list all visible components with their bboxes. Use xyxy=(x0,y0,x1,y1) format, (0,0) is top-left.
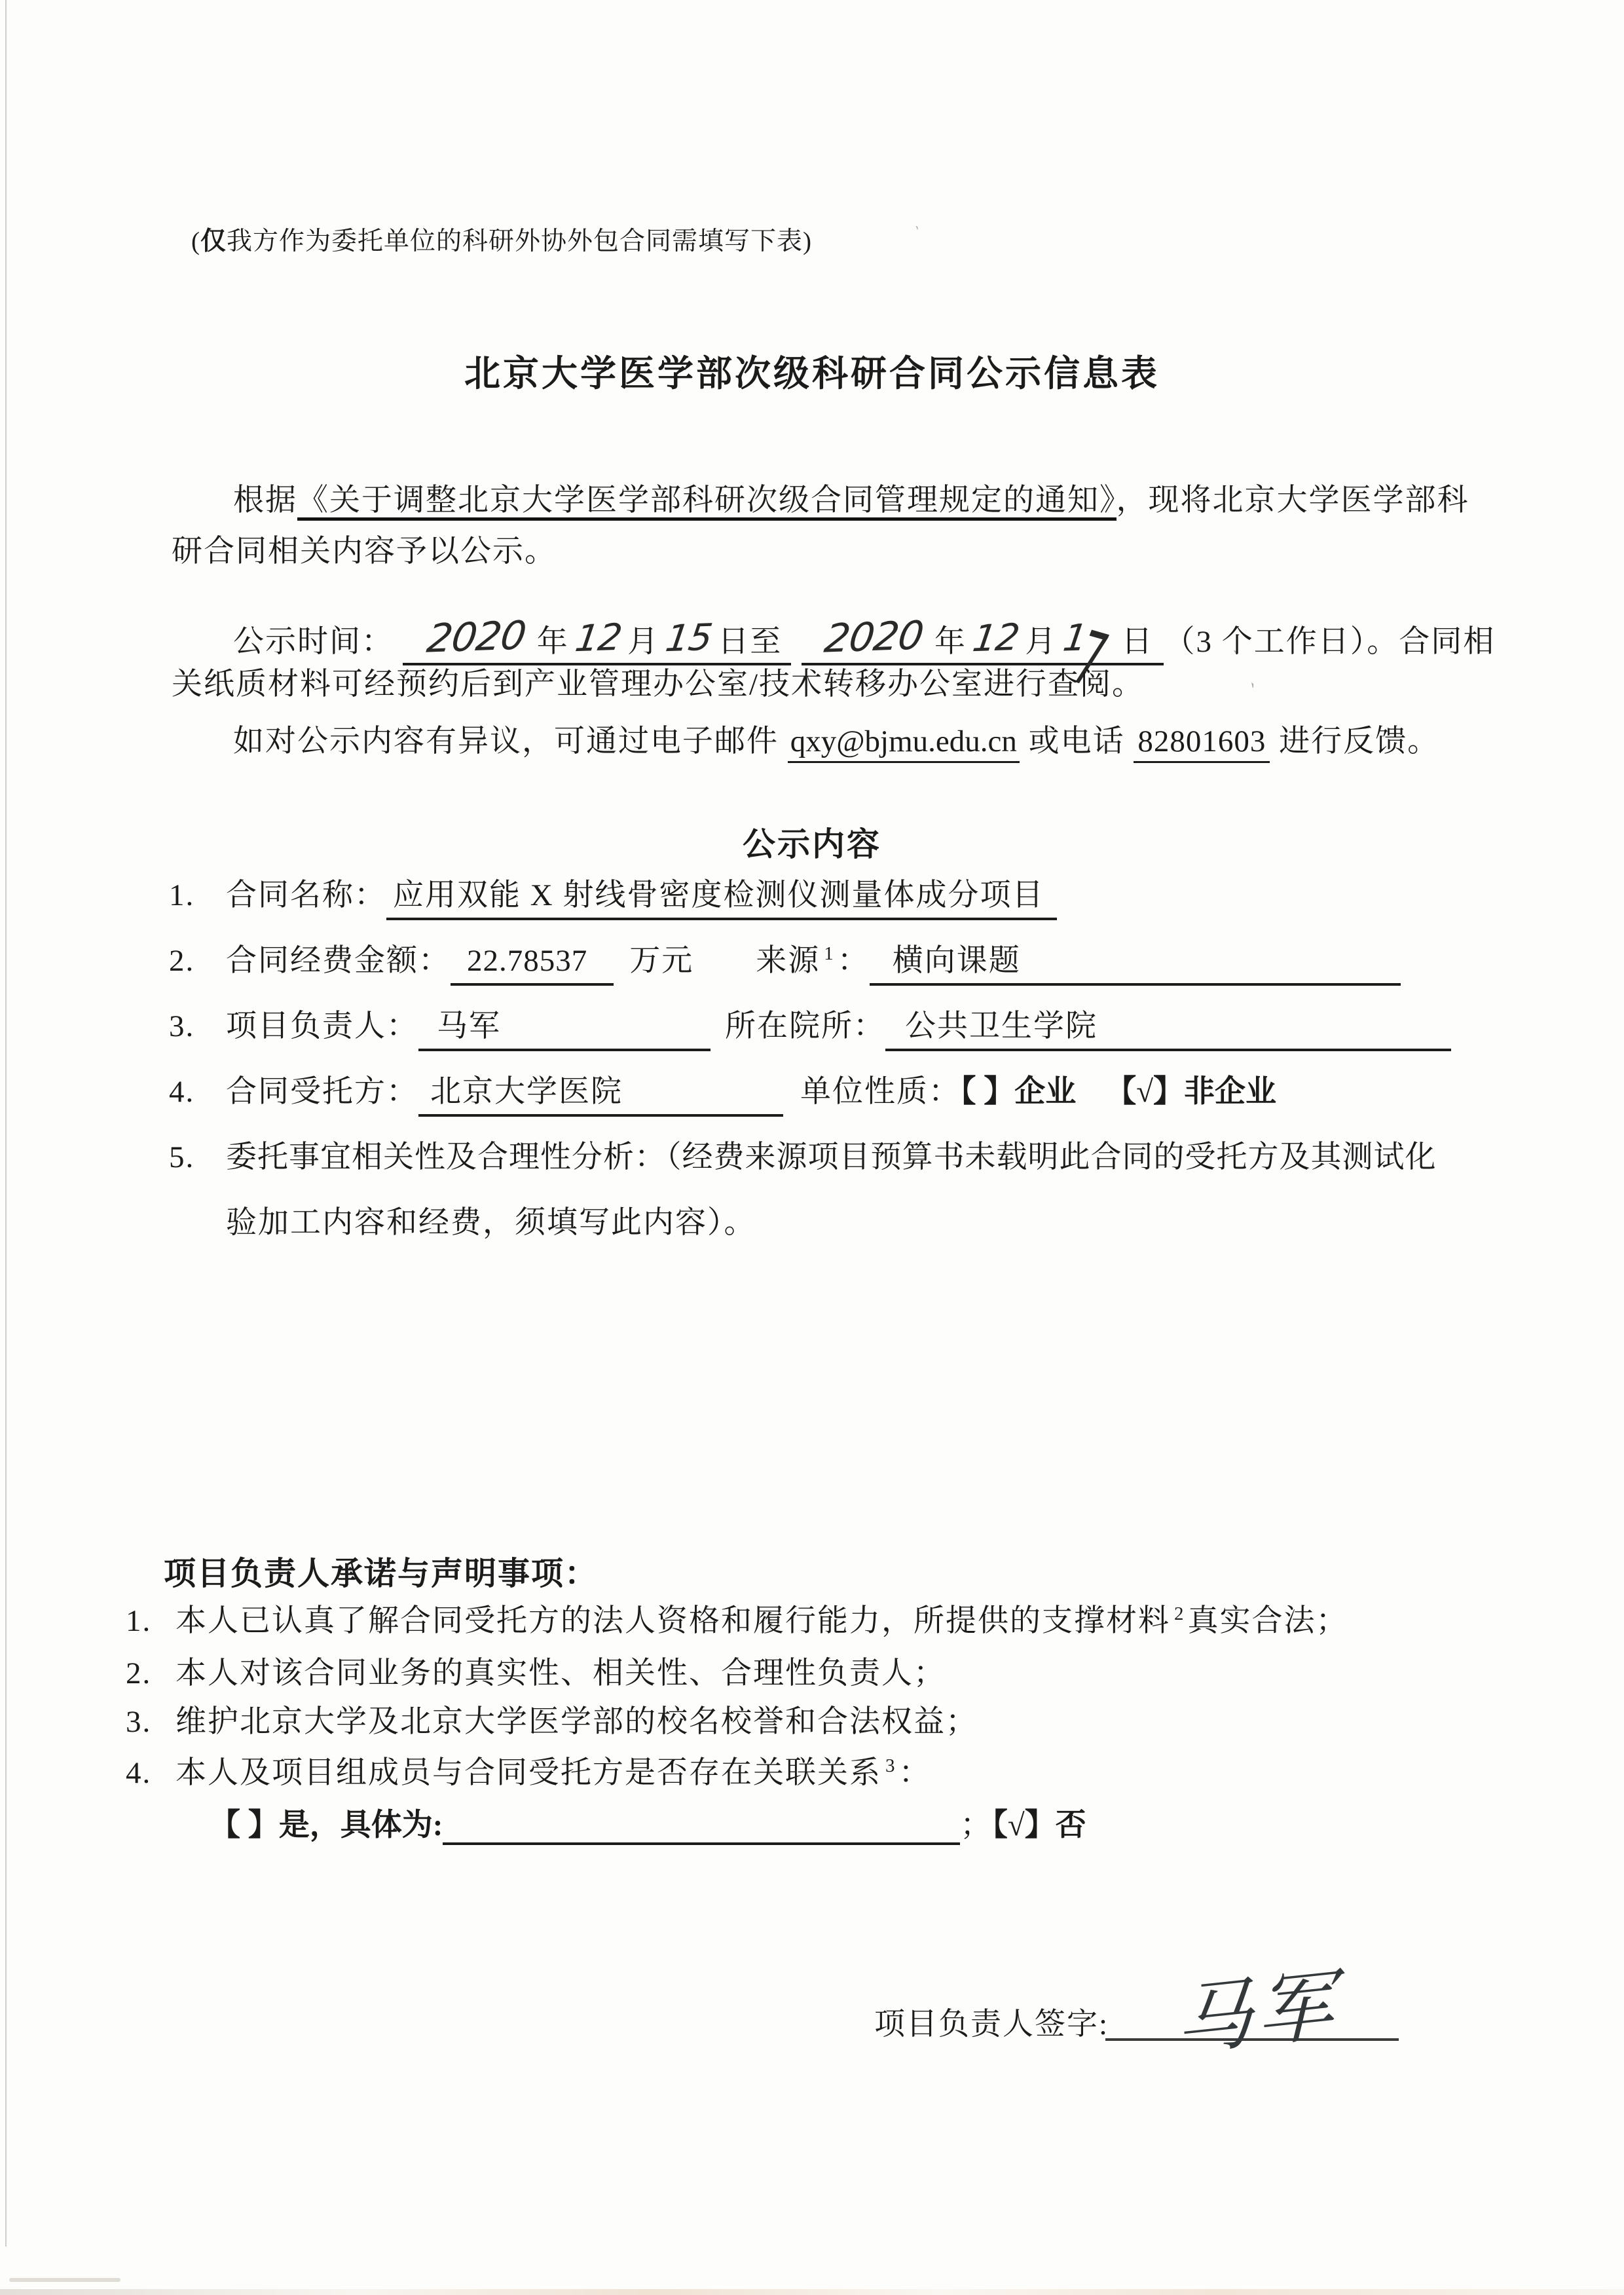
basis-prefix: 根据 xyxy=(233,483,297,517)
item-2-source-label: 来源 xyxy=(756,944,820,978)
feedback-mid: 或电话 xyxy=(1020,724,1134,758)
scan-bottom-left-smudge xyxy=(9,2278,120,2282)
decl-1-footnote: 2 xyxy=(1174,1603,1184,1624)
item-4-nature-label: 单位性质： xyxy=(800,1075,961,1109)
decl-1-number: 1. xyxy=(126,1602,151,1641)
item-3-pi-name: 马军 xyxy=(418,1009,710,1051)
item-1-value: 应用双能 X 射线骨密度检测仪测量体成分项目 xyxy=(386,878,1057,920)
page-title: 北京大学医学部次级科研合同公示信息表 xyxy=(0,352,1624,397)
choice-semicolon: ； xyxy=(960,1808,992,1842)
decl-4-post: ： xyxy=(899,1756,931,1790)
publish-time-tail: （3 个工作日）。合同相 xyxy=(1164,625,1495,659)
basis-regulation-title: 《关于调整北京大学医学部科研次级合同管理规定的通知》 xyxy=(297,483,1116,521)
decl-3-text: 维护北京大学及北京大学医学部的校名校誉和合法权益； xyxy=(175,1703,978,1742)
decl-2-number: 2. xyxy=(126,1654,151,1693)
end-month-unit: 月 xyxy=(1025,625,1057,659)
feedback-line: 如对公示内容有异议，可通过电子邮件 qxy@bjmu.edu.cn 或电话 82… xyxy=(233,722,1439,761)
item-3-dept-value: 公共卫生学院 xyxy=(885,1009,1451,1051)
start-month-unit: 月 xyxy=(627,625,659,659)
feedback-prefix: 如对公示内容有异议，可通过电子邮件 xyxy=(233,724,788,758)
choice-yes-detail-blank xyxy=(443,1808,960,1845)
end-month-handwritten: 12 xyxy=(970,615,1022,662)
decl-4-number: 4. xyxy=(126,1754,151,1793)
decl-4-text: 本人及项目组成员与合同受托方是否存在关联关系3： xyxy=(175,1754,931,1793)
declaration-heading: 项目负责人承诺与声明事项： xyxy=(164,1554,598,1594)
item-4-number: 4. xyxy=(169,1073,194,1111)
start-year-unit: 年 xyxy=(537,625,569,659)
signature-handwritten-name: 马军 xyxy=(1176,1942,1338,2071)
basis-paragraph-line1: 根据《关于调整北京大学医学部科研次级合同管理规定的通知》，现将北京大学医学部科 xyxy=(233,481,1469,520)
item-3-label: 项目负责人： xyxy=(226,1009,418,1043)
end-year-unit: 年 xyxy=(934,625,967,659)
end-year-handwritten: 2020 xyxy=(822,611,927,663)
choice-yes-option: 【 】是，具体为: xyxy=(210,1808,443,1842)
start-month-handwritten: 12 xyxy=(572,615,625,662)
choice-no-option-checked: 【√】否 xyxy=(992,1808,1086,1842)
publish-time-line1: 公示时间：2020年12月15日至2020年12月17日（3 个工作日）。合同相 xyxy=(233,614,1495,663)
decl-4-pre: 本人及项目组成员与合同受托方是否存在关联关系 xyxy=(175,1756,881,1790)
start-year-handwritten: 2020 xyxy=(424,611,528,663)
basis-paragraph-line2: 研合同相关内容予以公示。 xyxy=(172,532,557,571)
signature-label: 项目负责人签字: xyxy=(874,2006,1109,2044)
decl-3-number: 3. xyxy=(126,1703,151,1742)
item-2-number: 2. xyxy=(169,942,194,980)
item-5-analysis-line1: 委托事宜相关性及合理性分析：（经费来源项目预算书未载明此合同的受托方及其测试化 xyxy=(226,1138,1437,1177)
item-1-label: 合同名称： xyxy=(226,878,386,912)
decl-4-footnote: 3 xyxy=(885,1755,895,1776)
scan-tick-mark: ` xyxy=(907,223,922,242)
scanned-form-page: ` ` ` (仅我方作为委托单位的科研外协外包合同需填写下表) 北京大学医学部次… xyxy=(0,0,1624,2295)
item-2-source-colon: ： xyxy=(838,944,870,978)
feedback-phone: 82801603 xyxy=(1134,724,1270,763)
note-rest: 我方作为委托单位的科研外协外包合同需填写下表) xyxy=(227,227,812,255)
item-2-source-value: 横向课题 xyxy=(870,944,1401,986)
item-4-trustee-row: 合同受托方：北京大学医院单位性质：【 】企业【√】非企业 xyxy=(226,1073,1276,1111)
item-4-label: 合同受托方： xyxy=(226,1075,418,1109)
item-3-dept-label: 所在院所： xyxy=(725,1009,885,1043)
item-1-number: 1. xyxy=(169,876,194,915)
item-4-option-enterprise: 【 】企业 xyxy=(961,1075,1076,1109)
decl-1-pre: 本人已认真了解合同受托方的法人资格和履行能力，所提供的支撑材料 xyxy=(175,1604,1170,1638)
publish-start-date-field: 2020年12月15日至 xyxy=(403,625,791,665)
publish-time-label: 公示时间： xyxy=(233,625,394,659)
decl-1-post: 真实合法； xyxy=(1188,1604,1348,1638)
item-4-trustee-value: 北京大学医院 xyxy=(418,1075,783,1117)
publish-end-date-field: 2020年12月17日 xyxy=(802,625,1164,665)
item-4-option-non-enterprise-checked: 【√】非企业 xyxy=(1105,1075,1276,1109)
scan-bottom-smudge xyxy=(0,2289,1624,2295)
basis-suffix: ，现将北京大学医学部科 xyxy=(1116,483,1469,517)
item-3-number: 3. xyxy=(169,1007,194,1046)
note-bold-char: 仅 xyxy=(200,227,227,255)
form-scope-note: (仅我方作为委托单位的科研外协外包合同需填写下表) xyxy=(191,226,812,258)
item-3-pi-row: 项目负责人：马军所在院所：公共卫生学院 xyxy=(226,1007,1451,1046)
item-2-label: 合同经费金额： xyxy=(226,944,451,978)
scan-edge-line xyxy=(5,0,7,2247)
item-2-unit: 万元 xyxy=(629,944,693,978)
scan-tick-mark: ` xyxy=(1237,679,1259,703)
feedback-email: qxy@bjmu.edu.cn xyxy=(788,724,1020,763)
item-5-number: 5. xyxy=(169,1138,194,1177)
publish-time-line2: 关纸质材料可经预约后到产业管理办公室/技术转移办公室进行查阅。 xyxy=(172,665,1144,704)
start-day-to: 日至 xyxy=(718,625,782,659)
item-1-contract-name: 合同名称：应用双能 X 射线骨密度检测仪测量体成分项目 xyxy=(226,876,1057,915)
item-2-amount: 22.78537 xyxy=(451,944,614,986)
decl-2-text: 本人对该合同业务的真实性、相关性、合理性负责人； xyxy=(175,1654,946,1693)
decl-1-text: 本人已认真了解合同受托方的法人资格和履行能力，所提供的支撑材料2真实合法； xyxy=(175,1602,1348,1641)
content-heading: 公示内容 xyxy=(0,824,1624,865)
item-2-source-footnote: 1 xyxy=(824,943,834,964)
related-party-choice-line: 【 】是，具体为:；【√】否 xyxy=(210,1806,1086,1845)
start-day-handwritten: 15 xyxy=(663,615,715,662)
feedback-suffix: 进行反馈。 xyxy=(1270,724,1439,758)
item-5-analysis-line2: 验加工内容和经费，须填写此内容）。 xyxy=(226,1204,756,1242)
note-open: ( xyxy=(191,227,200,255)
item-2-contract-amount: 合同经费金额：22.78537万元来源1：横向课题 xyxy=(226,942,1401,980)
end-day-unit: 日 xyxy=(1121,625,1153,659)
